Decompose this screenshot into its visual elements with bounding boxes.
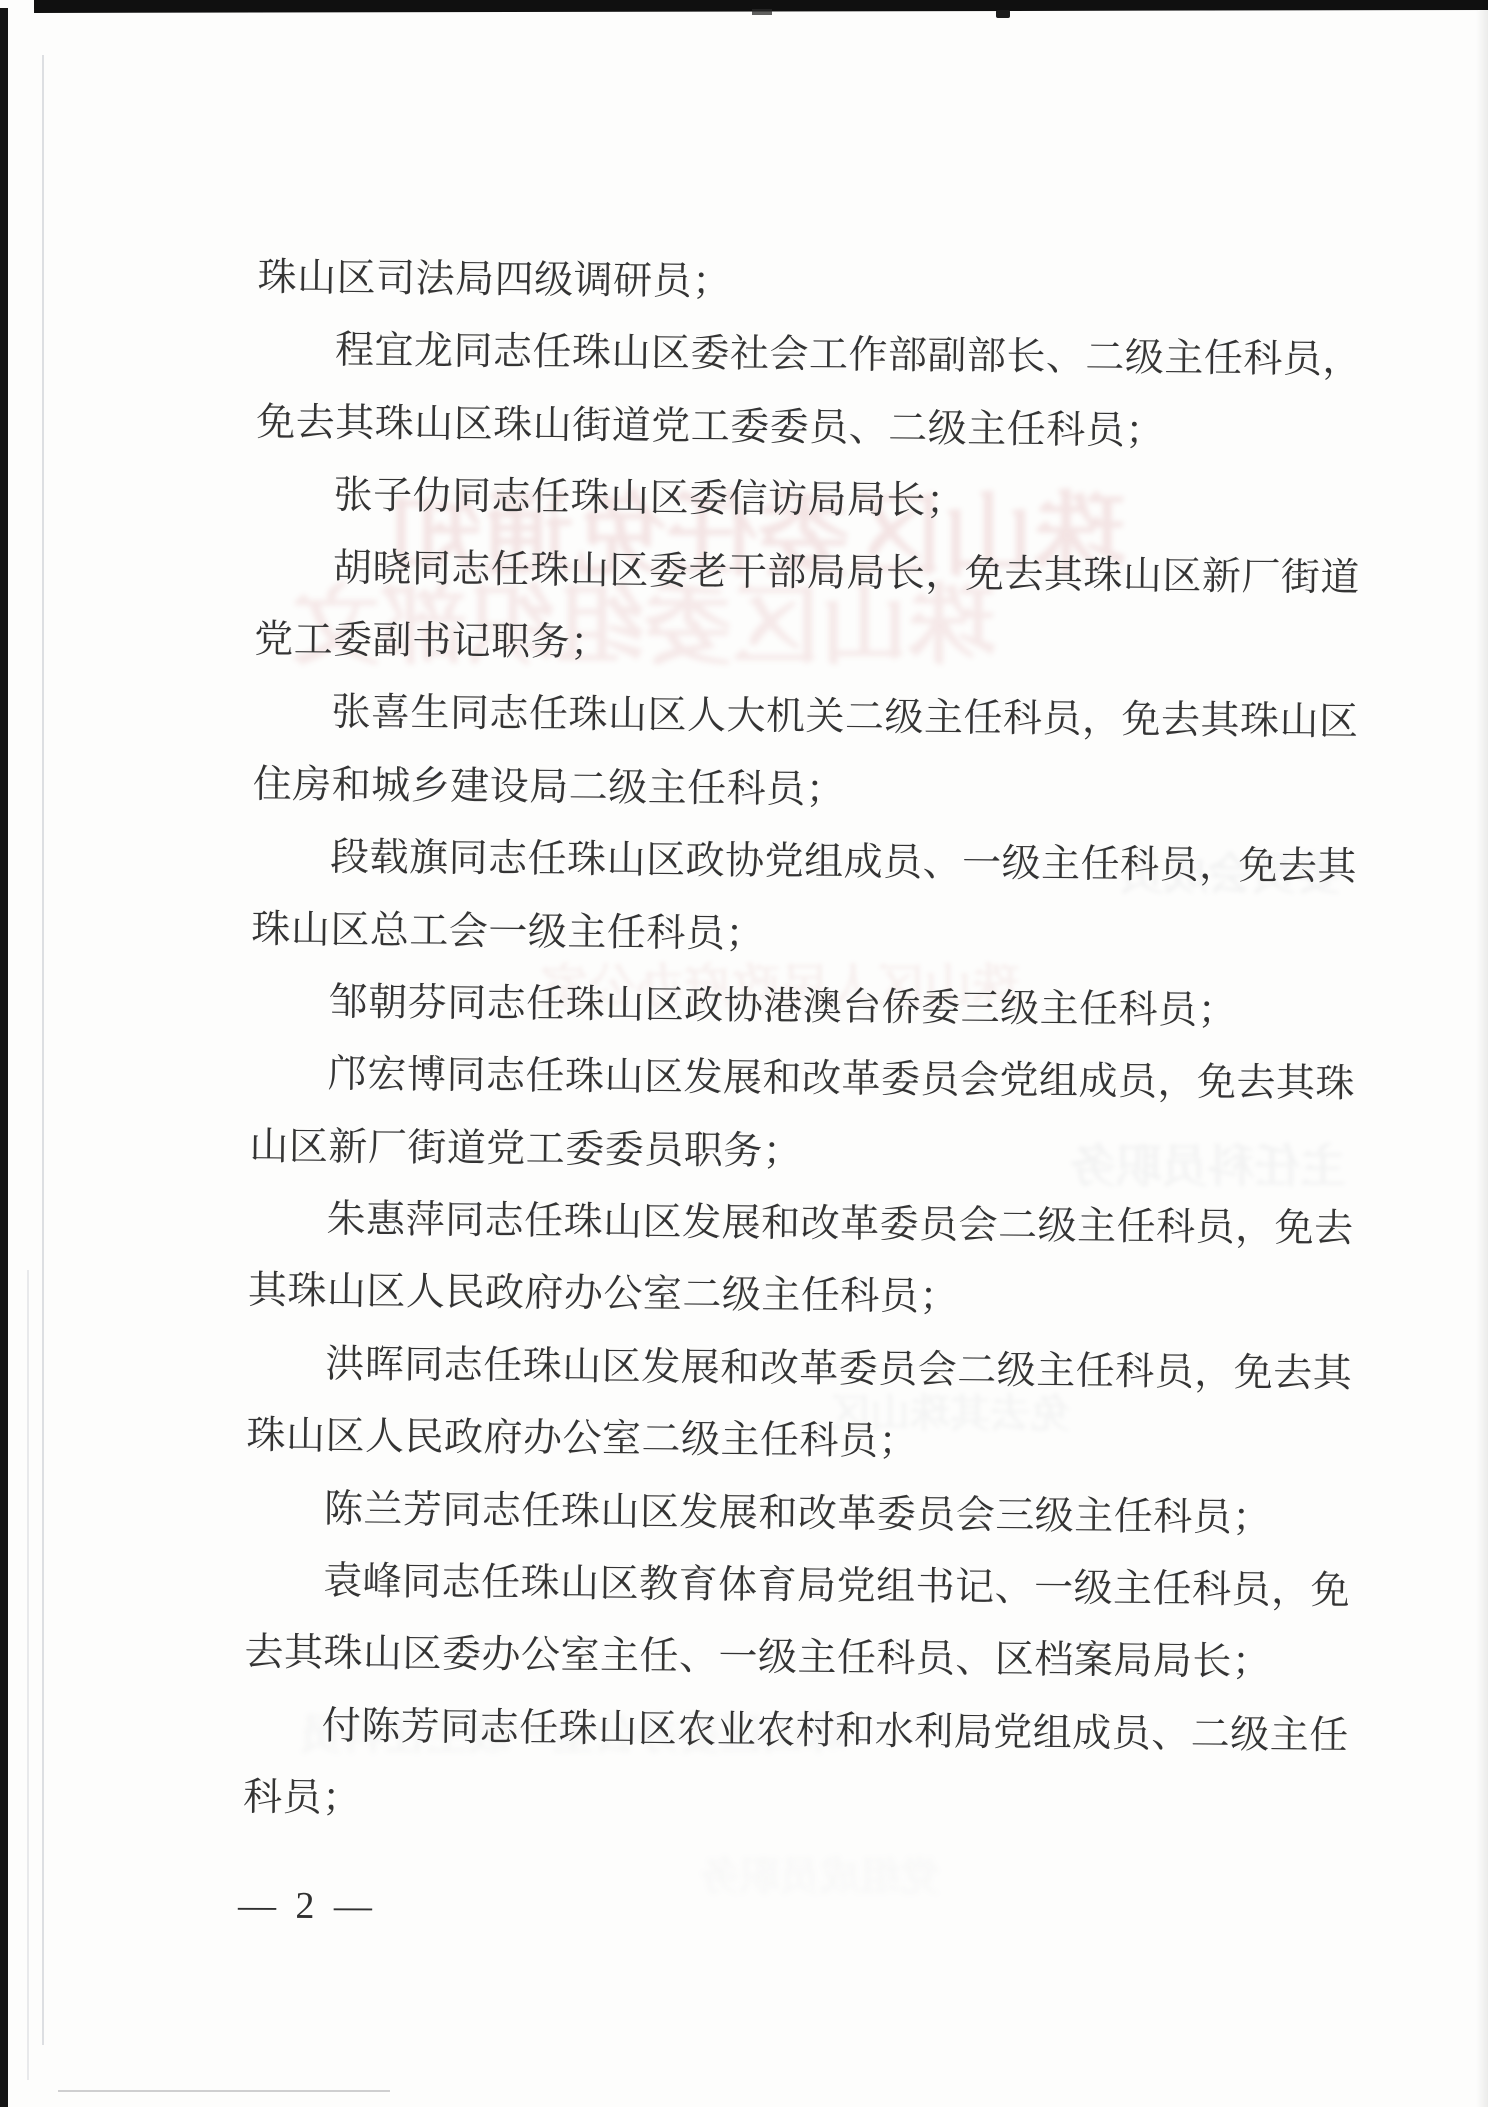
text-line: 科员； (243, 1762, 1374, 1845)
document-body: 珠山区司法局四级调研员； 程宜龙同志任珠山区委社会工作部副部长、二级主任科员， … (243, 242, 1388, 1845)
text-line: 邝宏博同志任珠山区发展和改革委员会党组成员，免去其珠 (250, 1038, 1381, 1121)
paper-fold-line (58, 2090, 390, 2092)
paper-crease (42, 55, 44, 2045)
scan-edge-right-shade (1476, 0, 1488, 2107)
text-line: 胡晓同志任珠山区委老干部局局长，免去其珠山区新厂街道 (255, 532, 1386, 615)
scanned-document-page: 珠山区委任免通知 珠山区委组织部文 珠山区人民政府办公室 委员会成员 主任科员职… (0, 0, 1488, 2107)
text-line: 陈兰芳同志任珠山区发展和改革委员会三级主任科员； (245, 1473, 1376, 1556)
text-line: 其珠山区人民政府办公室二级主任科员； (248, 1255, 1379, 1338)
text-line: 朱惠萍同志任珠山区发展和改革委员会二级主任科员，免去 (248, 1183, 1379, 1266)
text-line: 党工委副书记职务； (254, 604, 1385, 687)
text-line: 袁峰同志任珠山区教育体育局党组书记、一级主任科员，免 (245, 1545, 1376, 1628)
text-line: 珠山区司法局四级调研员； (257, 242, 1388, 325)
text-line: 付陈芳同志任珠山区农业农村和水利局党组成员、二级主任 (243, 1690, 1374, 1773)
text-line: 山区新厂街道党工委委员职务； (249, 1111, 1380, 1194)
scan-smudge (996, 10, 1010, 18)
text-line: 住房和城乡建设局二级主任科员； (252, 749, 1383, 832)
text-line: 张子仂同志任珠山区委信访局局长； (255, 459, 1386, 542)
scan-smudge (752, 9, 772, 15)
text-line: 邹朝芬同志任珠山区政协港澳台侨委三级主任科员； (250, 966, 1381, 1049)
text-line: 去其珠山区委办公室主任、一级主任科员、区档案局局长； (244, 1617, 1375, 1700)
text-line: 免去其珠山区珠山街道党工委委员、二级主任科员； (256, 387, 1387, 470)
text-line: 段载旗同志任珠山区政协党组成员、一级主任科员，免去其 (252, 821, 1383, 904)
page-number: — 2 — (238, 1884, 377, 1929)
text-line: 程宜龙同志任珠山区委社会工作部副部长、二级主任科员， (257, 314, 1388, 397)
paper-crease (27, 1270, 29, 2080)
text-line: 珠山区总工会一级主任科员； (251, 893, 1382, 976)
text-line: 珠山区人民政府办公室二级主任科员； (246, 1400, 1377, 1483)
scan-edge-left (0, 8, 8, 2107)
text-line: 洪晖同志任珠山区发展和改革委员会二级主任科员，免去其 (247, 1328, 1378, 1411)
text-line: 张喜生同志任珠山区人大机关二级主任科员，免去其珠山区 (253, 676, 1384, 759)
bleedthrough-text: 党组成员职务 (700, 1845, 940, 1902)
